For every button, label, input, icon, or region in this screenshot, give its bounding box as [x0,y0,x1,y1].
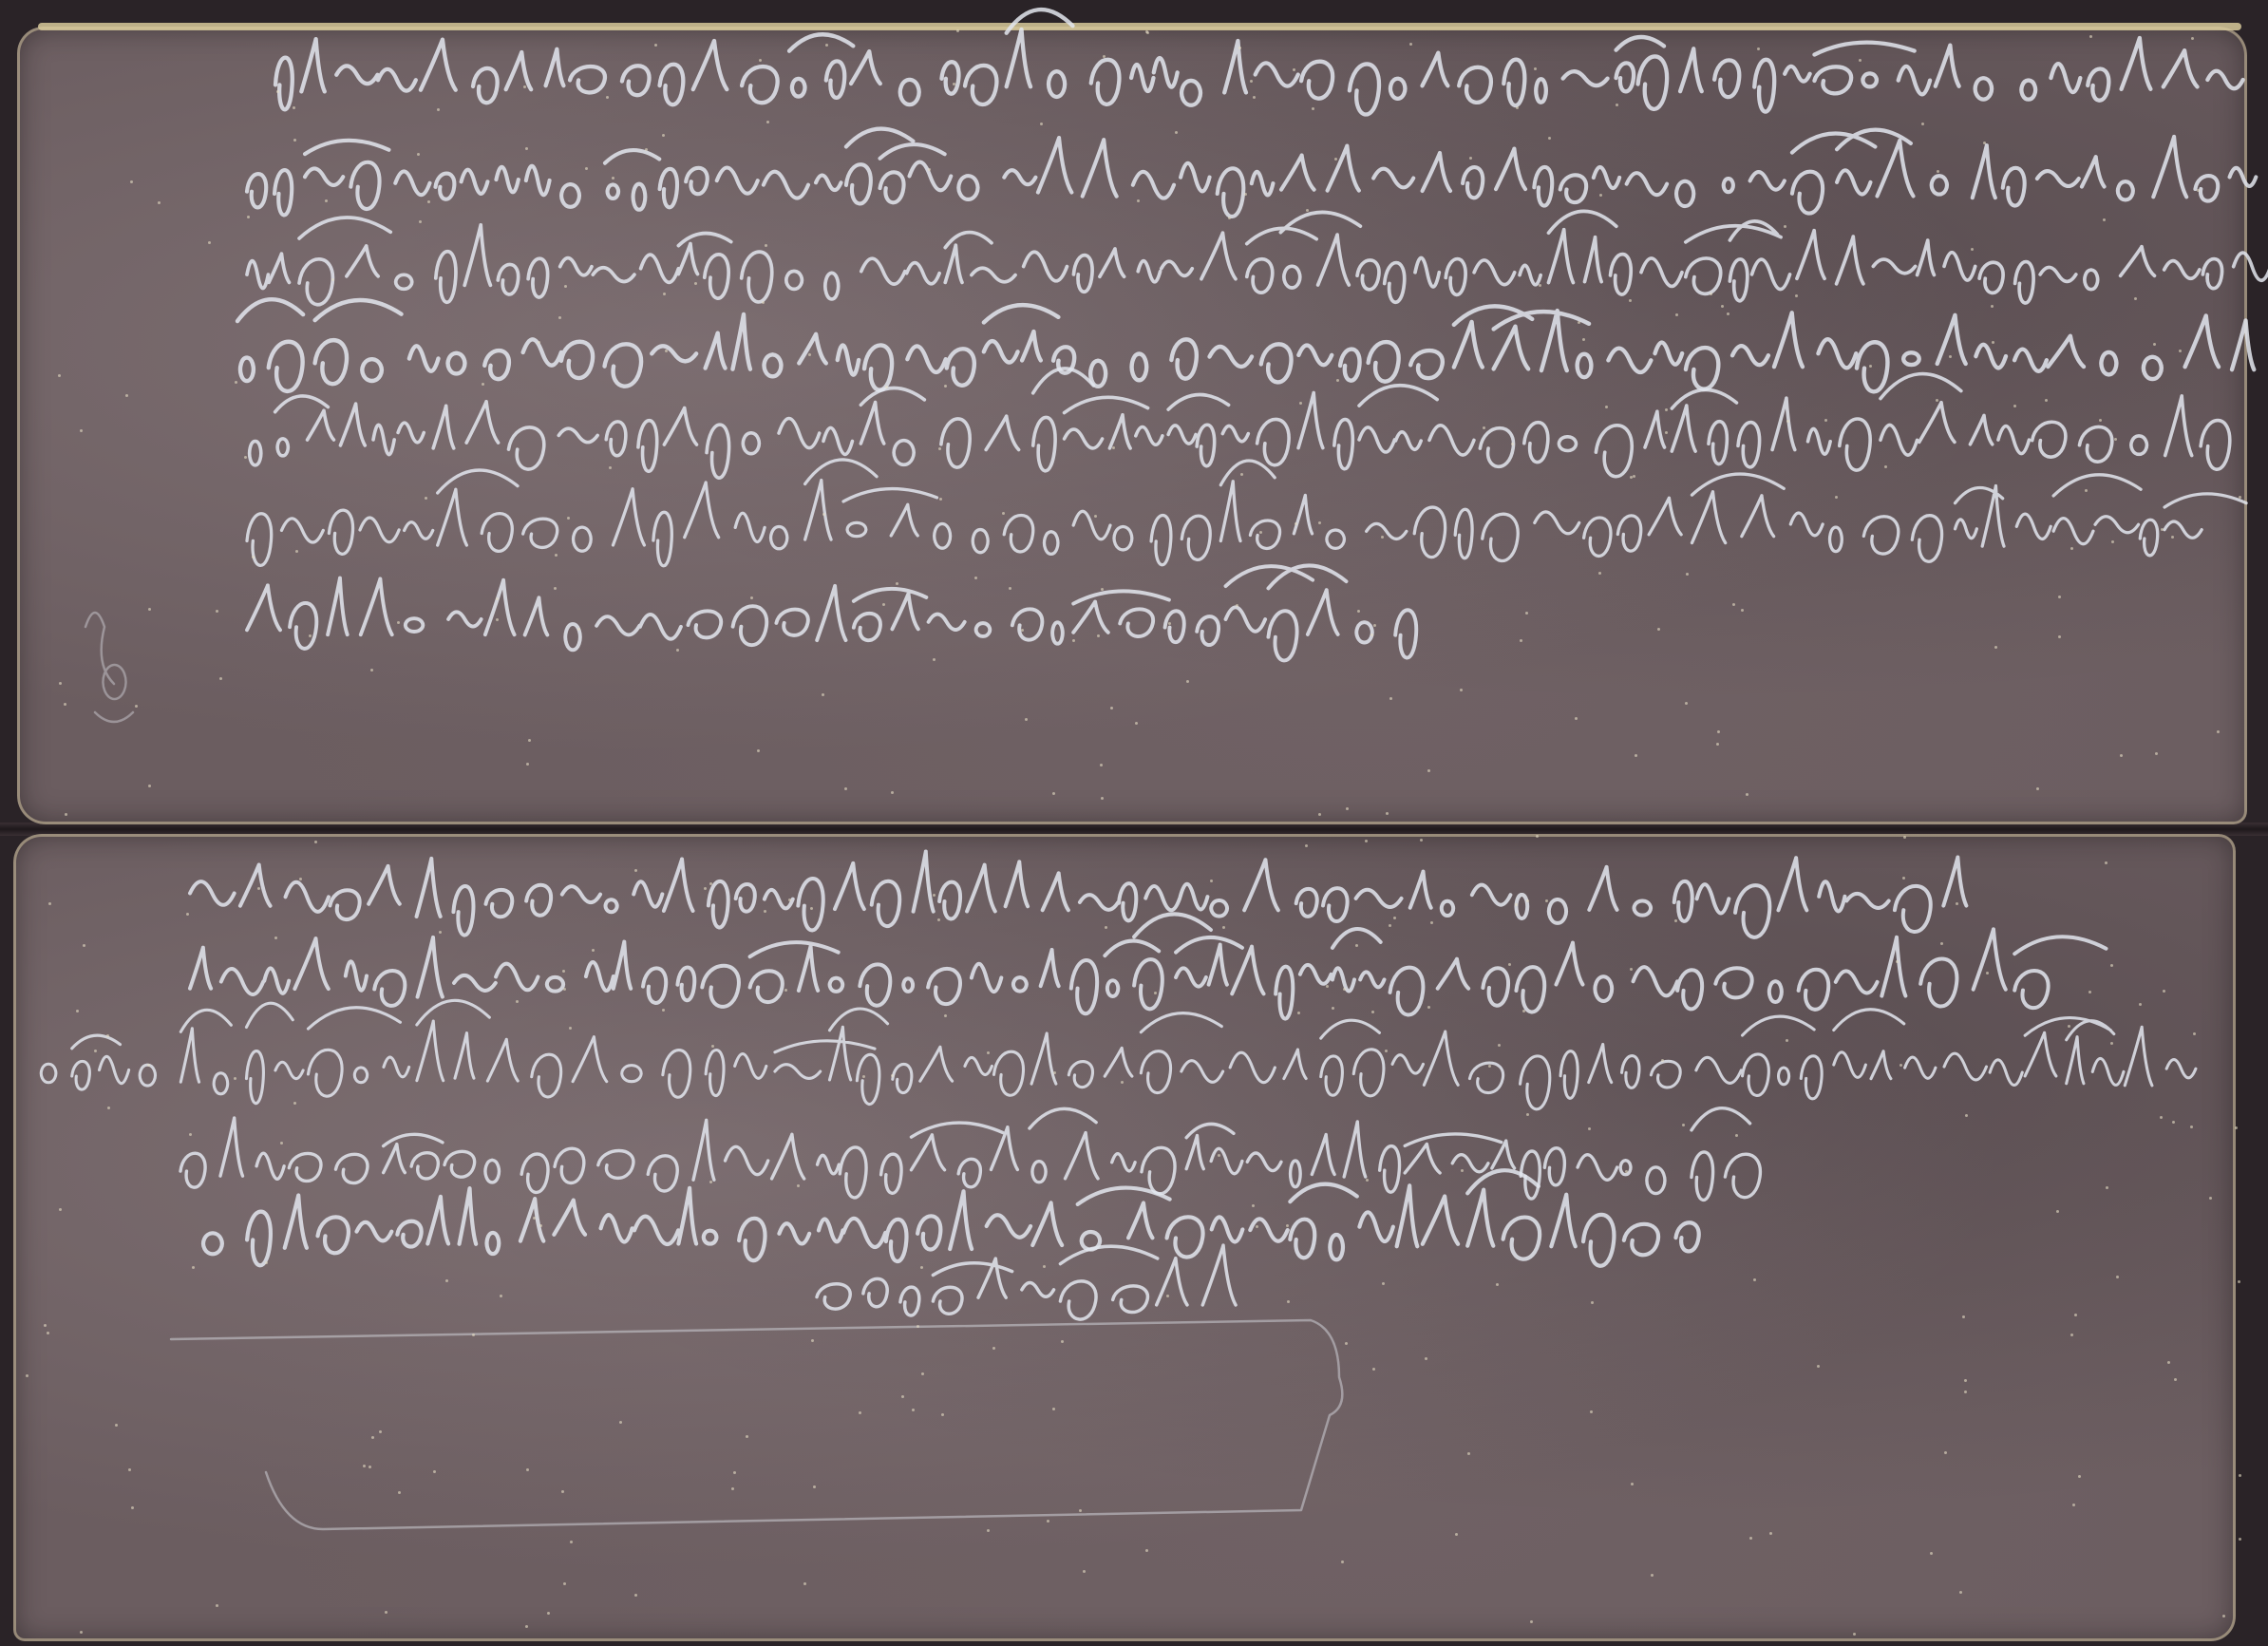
paper-speck [147,1064,150,1067]
paper-speck [1526,899,1529,902]
paper-speck [1100,764,1103,766]
paper-speck [1630,968,1633,971]
paper-speck [1629,299,1632,302]
handwriting-layer: Handwritten line 1 (top panel)Handwritte… [0,0,2268,1646]
handwritten-line: Handwritten line 7 (top panel, short) [247,565,1416,660]
paper-speck [1346,807,1349,810]
paper-speck [803,1582,806,1585]
paper-speck [1240,473,1243,476]
paper-speck [293,139,296,142]
paper-speck [2116,1276,2119,1278]
paper-speck [1306,209,1309,212]
paper-speck [1175,131,1178,134]
paper-speck [933,894,936,897]
paper-speck [2088,991,2091,993]
paper-speck [2163,990,2165,993]
paper-speck [1047,1520,1049,1523]
paper-speck [280,1142,283,1145]
paper-speck [1520,639,1522,642]
paper-speck [711,1045,714,1048]
paper-speck [811,1339,814,1342]
paper-speck [901,1395,904,1398]
paper-speck [1526,1113,1529,1116]
paper-speck [44,1324,47,1327]
paper-speck [1210,880,1213,882]
paper-speck [1222,926,1225,929]
paper-speck [928,168,931,171]
paper-speck [810,907,813,910]
paper-speck [634,869,637,872]
paper-speck [385,1611,387,1614]
paper-speck [896,582,898,585]
handwritten-line: Handwritten line 6 (top panel) [247,460,2246,566]
paper-speck [1869,365,1872,368]
paper-speck [1674,919,1677,922]
paper-speck [1052,792,1055,795]
paper-speck [1884,465,1887,468]
paper-speck [1539,284,1541,287]
paper-speck [1631,1483,1634,1485]
paper-speck [2209,1197,2212,1200]
paper-speck [1753,1278,1756,1281]
paper-speck [2222,1615,2225,1618]
paper-speck [94,1050,97,1052]
paper-speck [709,882,712,885]
paper-speck [496,597,499,600]
handwritten-line: Handwritten line 2 (bottom panel) [190,914,2107,1018]
paper-speck [58,374,61,377]
paper-speck [941,1413,944,1416]
paper-speck [2155,752,2158,755]
paper-speck [1784,225,1786,228]
paper-speck [235,381,237,384]
paper-speck [2068,1025,2070,1028]
paper-speck [244,456,247,459]
paper-speck [2193,1032,2196,1035]
paper-speck [1218,1154,1220,1157]
paper-speck [2085,489,2088,492]
paper-speck [1371,1011,1374,1013]
paper-speck [1749,1537,1752,1540]
handwritten-line: Handwritten line 6 (bottom panel, short) [817,1245,1236,1319]
paper-speck [314,841,317,843]
paper-speck [293,1102,296,1105]
paper-speck [1312,107,1314,110]
paper-speck [1786,420,1789,423]
paper-speck [1329,915,1332,918]
paper-speck [1508,963,1511,966]
handwritten-line: Handwritten line 5 (bottom panel) [203,1170,1699,1266]
paper-speck [1896,960,1899,963]
paper-speck [709,1181,712,1183]
paper-speck [1795,294,1798,297]
paper-speck [563,1582,566,1585]
paper-speck [974,577,977,579]
paper-speck [1336,379,1339,382]
paper-speck [939,498,942,501]
paper-speck [525,147,528,150]
handwritten-line: Handwritten line 3 (bottom panel) [41,1000,2196,1108]
paper-speck [1427,769,1430,772]
paper-speck [1940,942,1943,945]
paper-speck [1297,1012,1300,1014]
handwritten-line: Handwritten line 1 (top panel) [275,9,2243,114]
paper-speck [1121,1081,1124,1084]
paper-speck [26,1374,28,1377]
paper-speck [891,791,894,794]
paper-speck [247,216,250,218]
paper-speck [1305,844,1308,847]
paper-speck [1633,475,1635,478]
paper-speck [2070,547,2073,550]
paper-speck [1964,1379,1967,1382]
paper-speck [379,1430,382,1433]
paper-speck [704,887,707,890]
paper-speck [555,554,558,557]
handwritten-line: Handwritten line 4 (top panel) [237,299,2254,391]
paper-speck [766,121,769,123]
paper-speck [1721,305,1724,308]
paper-speck [219,677,222,680]
paper-speck [2153,343,2156,346]
paper-speck [1515,903,1518,906]
paper-speck [2114,438,2117,441]
paper-speck [2058,635,2061,638]
paper-speck [1043,1265,1046,1268]
paper-speck [1318,813,1321,816]
paper-speck [526,763,529,766]
paper-speck [665,350,668,352]
paper-speck [1112,446,1115,449]
paper-speck [1332,1007,1334,1010]
paper-speck [619,1421,622,1424]
paper-speck [1025,718,1028,721]
paper-speck [992,1347,995,1350]
paper-speck [1154,992,1157,994]
paper-speck [765,244,767,247]
paper-speck [1964,1391,1967,1393]
paper-speck [1956,902,1958,905]
paper-speck [987,1051,990,1054]
paper-speck [216,610,218,613]
paper-speck [891,1074,894,1077]
paper-speck [1079,1509,1082,1512]
paper-speck [1717,730,1720,733]
handwritten-line: Handwritten line 1 (bottom panel) [190,852,1966,937]
paper-speck [1341,1561,1344,1563]
paper-speck [1334,158,1337,161]
paper-speck [1598,572,1601,575]
paper-speck [1105,926,1107,929]
paper-speck [1817,1365,1820,1368]
top-panel-handwriting: Handwritten line 1 (top panel)Handwritte… [237,9,2268,660]
handwritten-line: Handwritten line 2 (top panel) [247,129,2256,217]
paper-speck [1991,305,1994,308]
paper-speck [1236,604,1238,607]
paper-speck [65,813,67,816]
handwritten-line: Handwritten line 4 (bottom panel) [180,1108,1760,1201]
paper-speck [2191,37,2194,40]
paper-speck [944,385,947,388]
paper-speck [764,910,766,913]
paper-speck [533,1217,536,1220]
paper-speck [2056,1210,2059,1213]
paper-speck [216,1604,218,1607]
paper-speck [526,1468,529,1471]
paper-speck [762,301,765,304]
paper-speck [1146,31,1149,34]
paper-speck [331,278,334,281]
paper-speck [59,1208,62,1211]
paper-speck [1382,1282,1385,1285]
paper-speck [1488,1065,1491,1068]
paper-speck [2013,405,2016,407]
paper-speck [1009,587,1011,590]
paper-speck [1903,836,1906,839]
paper-speck [293,106,295,109]
paper-speck [1685,702,1688,705]
paper-speck [2197,189,2200,192]
paper-speck [1651,1574,1654,1577]
marginal-mark [85,613,133,722]
paper-speck [496,618,499,621]
paper-speck [1769,1532,1772,1535]
paper-speck [912,1409,915,1411]
paper-speck [325,199,328,202]
paper-speck [1824,419,1827,422]
paper-speck [1250,80,1253,83]
paper-speck [59,682,62,685]
paper-speck [612,177,614,180]
paper-speck [2089,35,2092,38]
paper-speck [1665,408,1668,411]
paper-speck [1061,1340,1064,1343]
paper-speck [784,989,787,992]
paper-speck [2045,399,2048,402]
paper-speck [148,785,151,787]
paper-speck [1386,812,1389,815]
paper-speck [577,628,580,631]
paper-speck [274,937,277,939]
paper-speck [2072,1504,2075,1506]
paper-speck [1168,622,1171,625]
paper-speck [1930,1552,1933,1555]
drawn-frame [171,1320,1342,1529]
paper-speck [1238,47,1241,49]
paper-speck [1921,123,1924,125]
paper-speck [606,96,609,99]
paper-speck [662,1009,665,1012]
paper-speck [1186,680,1189,683]
bottom-panel-handwriting: Handwritten line 1 (bottom panel)Handwri… [41,852,2196,1320]
paper-speck [1741,609,1744,612]
paper-speck [585,167,588,170]
paper-speck [2172,1121,2175,1124]
paper-speck [1548,137,1551,140]
paper-speck [953,83,955,85]
paper-speck [1665,431,1668,434]
paper-speck [2058,596,2061,598]
paper-speck [1259,531,1262,534]
handwritten-line: Handwritten line 3 (top panel) [247,211,2268,304]
paper-speck [2105,861,2107,864]
paper-speck [1420,839,1423,842]
paper-speck [797,1184,800,1187]
paper-speck [1389,697,1392,700]
paper-speck [1343,988,1346,991]
paper-speck [1959,1591,1962,1594]
paper-speck [937,918,940,921]
paper-speck [569,1027,572,1030]
paper-speck [234,1077,236,1080]
paper-speck [1370,634,1373,636]
paper-speck [1675,313,1678,316]
paper-speck [2171,536,2174,539]
paper-speck [1786,1039,1788,1042]
paper-speck [419,220,422,223]
paper-speck [1430,921,1433,924]
paper-speck [1461,1169,1464,1172]
paper-speck [2239,1538,2241,1541]
paper-speck [645,148,648,151]
paper-speck [825,44,828,47]
paper-speck [1021,629,1024,632]
paper-speck [1994,646,1997,649]
paper-speck [80,1631,83,1634]
paper-speck [48,902,51,905]
paper-speck [439,931,442,934]
paper-speck [1853,1633,1856,1636]
paper-speck [746,1435,748,1438]
